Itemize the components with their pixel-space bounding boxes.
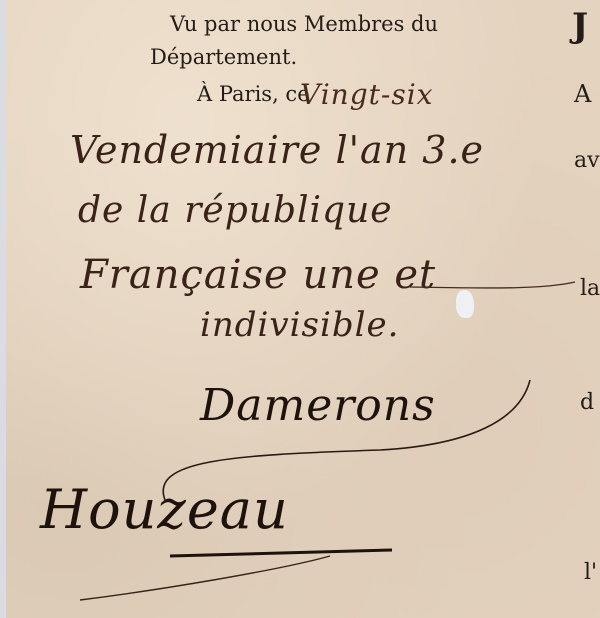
handwritten-line-republique: de la république: [78, 190, 393, 231]
printed-line-a-paris: À Paris, ce: [197, 82, 310, 106]
handwritten-line-vendemiaire: Vendemiaire l'an 3.e: [70, 128, 484, 172]
margin-fragment-a: A: [574, 80, 591, 108]
handwritten-line-francaise: Française une et: [80, 252, 436, 298]
margin-fragment-d: d: [580, 390, 594, 415]
paper-tear-hole: [456, 290, 474, 318]
handwritten-line-indivisible: indivisible.: [200, 305, 399, 345]
handwritten-date-day: Vingt-six: [300, 78, 433, 111]
signature-damerons: Damerons: [200, 380, 436, 431]
printed-line-vu-par-nous: Vu par nous Membres du: [170, 12, 438, 36]
margin-fragment-l: l': [584, 560, 597, 585]
margin-fragment-j: J: [572, 6, 588, 46]
margin-fragment-av: av: [574, 148, 600, 173]
printed-line-departement: Département.: [150, 45, 297, 69]
margin-fragment-la: la: [580, 276, 600, 301]
signature-houzeau: Houzeau: [40, 478, 289, 541]
